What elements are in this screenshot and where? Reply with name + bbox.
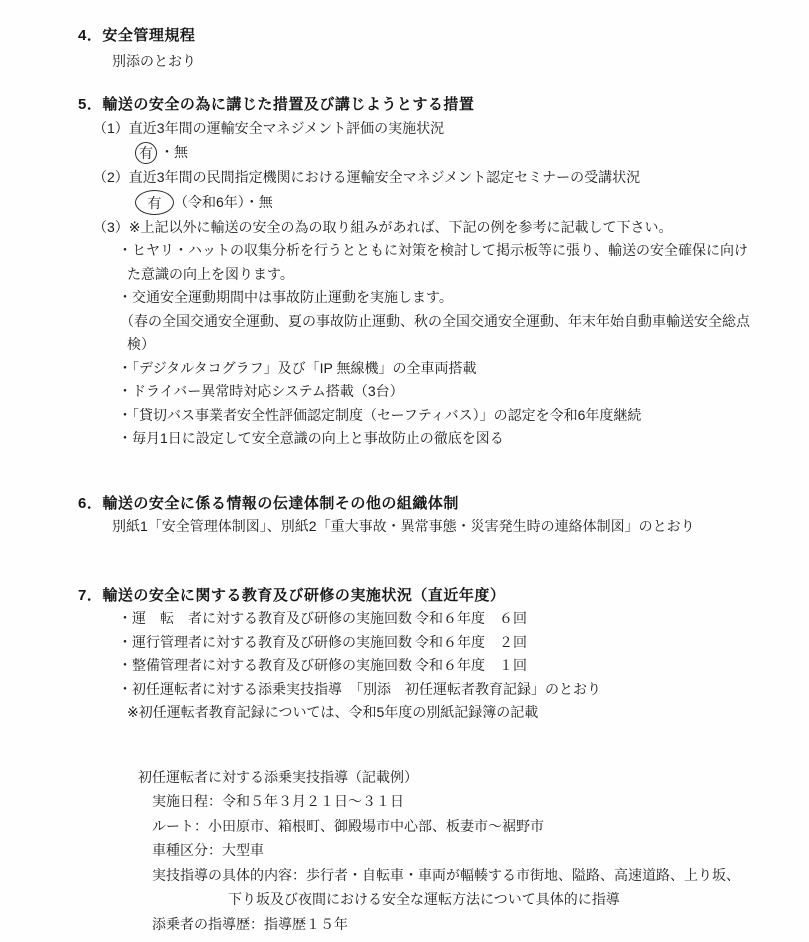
bullet-line: ・交通安全運動期間中は事故防止運動を実施します。 (78, 286, 763, 310)
section5-item3-label: （3）※上記以外に輸送の安全の為の取り組みがあれば、下記の例を参考に記載して下さ… (78, 216, 763, 240)
example-block: 初任運転者に対する添乗実技指導（記載例） 実施日程：令和５年３月２１日～３１日 … (78, 765, 763, 937)
section7-note: ※初任運転者教育記録については、令和5年度の別紙記録簿の記載 (78, 701, 763, 725)
section4-heading: 4．安全管理規程 (78, 24, 763, 48)
education-row-operation-manager: ・運行管理者に対する教育及び研修の実施回数 令和６年度 ２回 (78, 631, 763, 655)
education-row-label: ・運 転 者に対する教育及び研修の実施回数 (118, 607, 415, 631)
section4-body: 別添のとおり (78, 50, 763, 74)
example-schedule: 実施日程：令和５年３月２１日～３１日 (78, 789, 763, 814)
education-row-value: 令和６年度 ２回 (415, 631, 527, 655)
example-instructor-history: 添乗者の指導歴：指導歴１５年 (78, 912, 763, 937)
bullet-line: ・「貸切バス事業者安全性評価認定制度（セーフティバス）」の認定を令和6年度継続 (78, 404, 763, 428)
answer-options-text: （令和6年）・無 (174, 191, 273, 215)
bullet-line: ・ドライバー異常時対応システム搭載（3台） (78, 380, 763, 404)
section5-item2-answer: 有（令和6年）・無 (78, 190, 763, 216)
circled-yes-mark: 有 (135, 190, 174, 215)
example-vehicle-type: 車種区分：大型車 (78, 838, 763, 863)
document-content: 4．安全管理規程 別添のとおり 5．輸送の安全の為に講じた措置及び講じようとする… (78, 24, 763, 936)
section7-heading: 7．輸送の安全に関する教育及び研修の実施状況（直近年度） (78, 584, 763, 608)
section6-body: 別紙1「安全管理体制図」、別紙2「重大事故・異常事態・災害発生時の連絡体制図」の… (78, 515, 763, 539)
circled-yes-mark: 有 (135, 142, 157, 164)
bullet-line: ・毎月1日に設定して安全意識の向上と事故防止の徹底を図る (78, 427, 763, 451)
bullet-wrap-line: た意識の向上を図ります。 (78, 263, 763, 287)
bullet-line: ・ヒヤリ・ハットの収集分析を行うとともに対策を検討して掲示板等に張り、輸送の安全… (78, 239, 763, 263)
section6-heading: 6．輸送の安全に係る情報の伝達体制その他の組織体制 (78, 492, 763, 516)
bullet-wrap-line: 検） (78, 333, 763, 357)
answer-options-text: ・無 (160, 141, 188, 165)
scanned-document-page: 4．安全管理規程 別添のとおり 5．輸送の安全の為に講じた措置及び講じようとする… (0, 0, 809, 942)
section5-item1-answer: 有・無 (78, 140, 763, 166)
education-row-driver: ・運 転 者に対する教育及び研修の実施回数 令和６年度 ６回 (78, 607, 763, 631)
section5-heading: 5．輸送の安全の為に講じた措置及び講じようとする措置 (78, 93, 763, 117)
example-detail-line1: 実技指導の具体的内容：歩行者・自転車・車両が輻輳する市街地、隘路、高速道路、上り… (78, 863, 763, 888)
example-detail-line2: 下り坂及び夜間における安全な運転方法について具体的に指導 (78, 887, 763, 912)
bullet-line: ・「デジタルタコグラフ」及び「IP 無線機」の全車両搭載 (78, 357, 763, 381)
education-row-maintenance-manager: ・整備管理者に対する教育及び研修の実施回数 令和６年度 １回 (78, 654, 763, 678)
example-title: 初任運転者に対する添乗実技指導（記載例） (78, 765, 763, 790)
example-route: ルート：小田原市、箱根町、御殿場市中心部、板妻市～裾野市 (78, 814, 763, 839)
section5-item2-label: （2）直近3年間の民間指定機関における運輸安全マネジメント認定セミナーの受講状況 (78, 166, 763, 190)
section5-item1-label: （1）直近3年間の運輸安全マネジメント評価の実施状況 (78, 117, 763, 141)
education-row-value: 令和６年度 １回 (415, 654, 527, 678)
education-row-label: ・運行管理者に対する教育及び研修の実施回数 (118, 631, 415, 655)
education-row-new-driver: ・初任運転者に対する添乗実技指導 「別添 初任運転者教育記録」のとおり (78, 678, 763, 702)
education-row-label: ・整備管理者に対する教育及び研修の実施回数 (118, 654, 415, 678)
bullet-paren-line: （春の全国交通安全運動、夏の事故防止運動、秋の全国交通安全運動、年末年始自動車輸… (78, 310, 763, 334)
education-row-value: 令和６年度 ６回 (415, 607, 527, 631)
